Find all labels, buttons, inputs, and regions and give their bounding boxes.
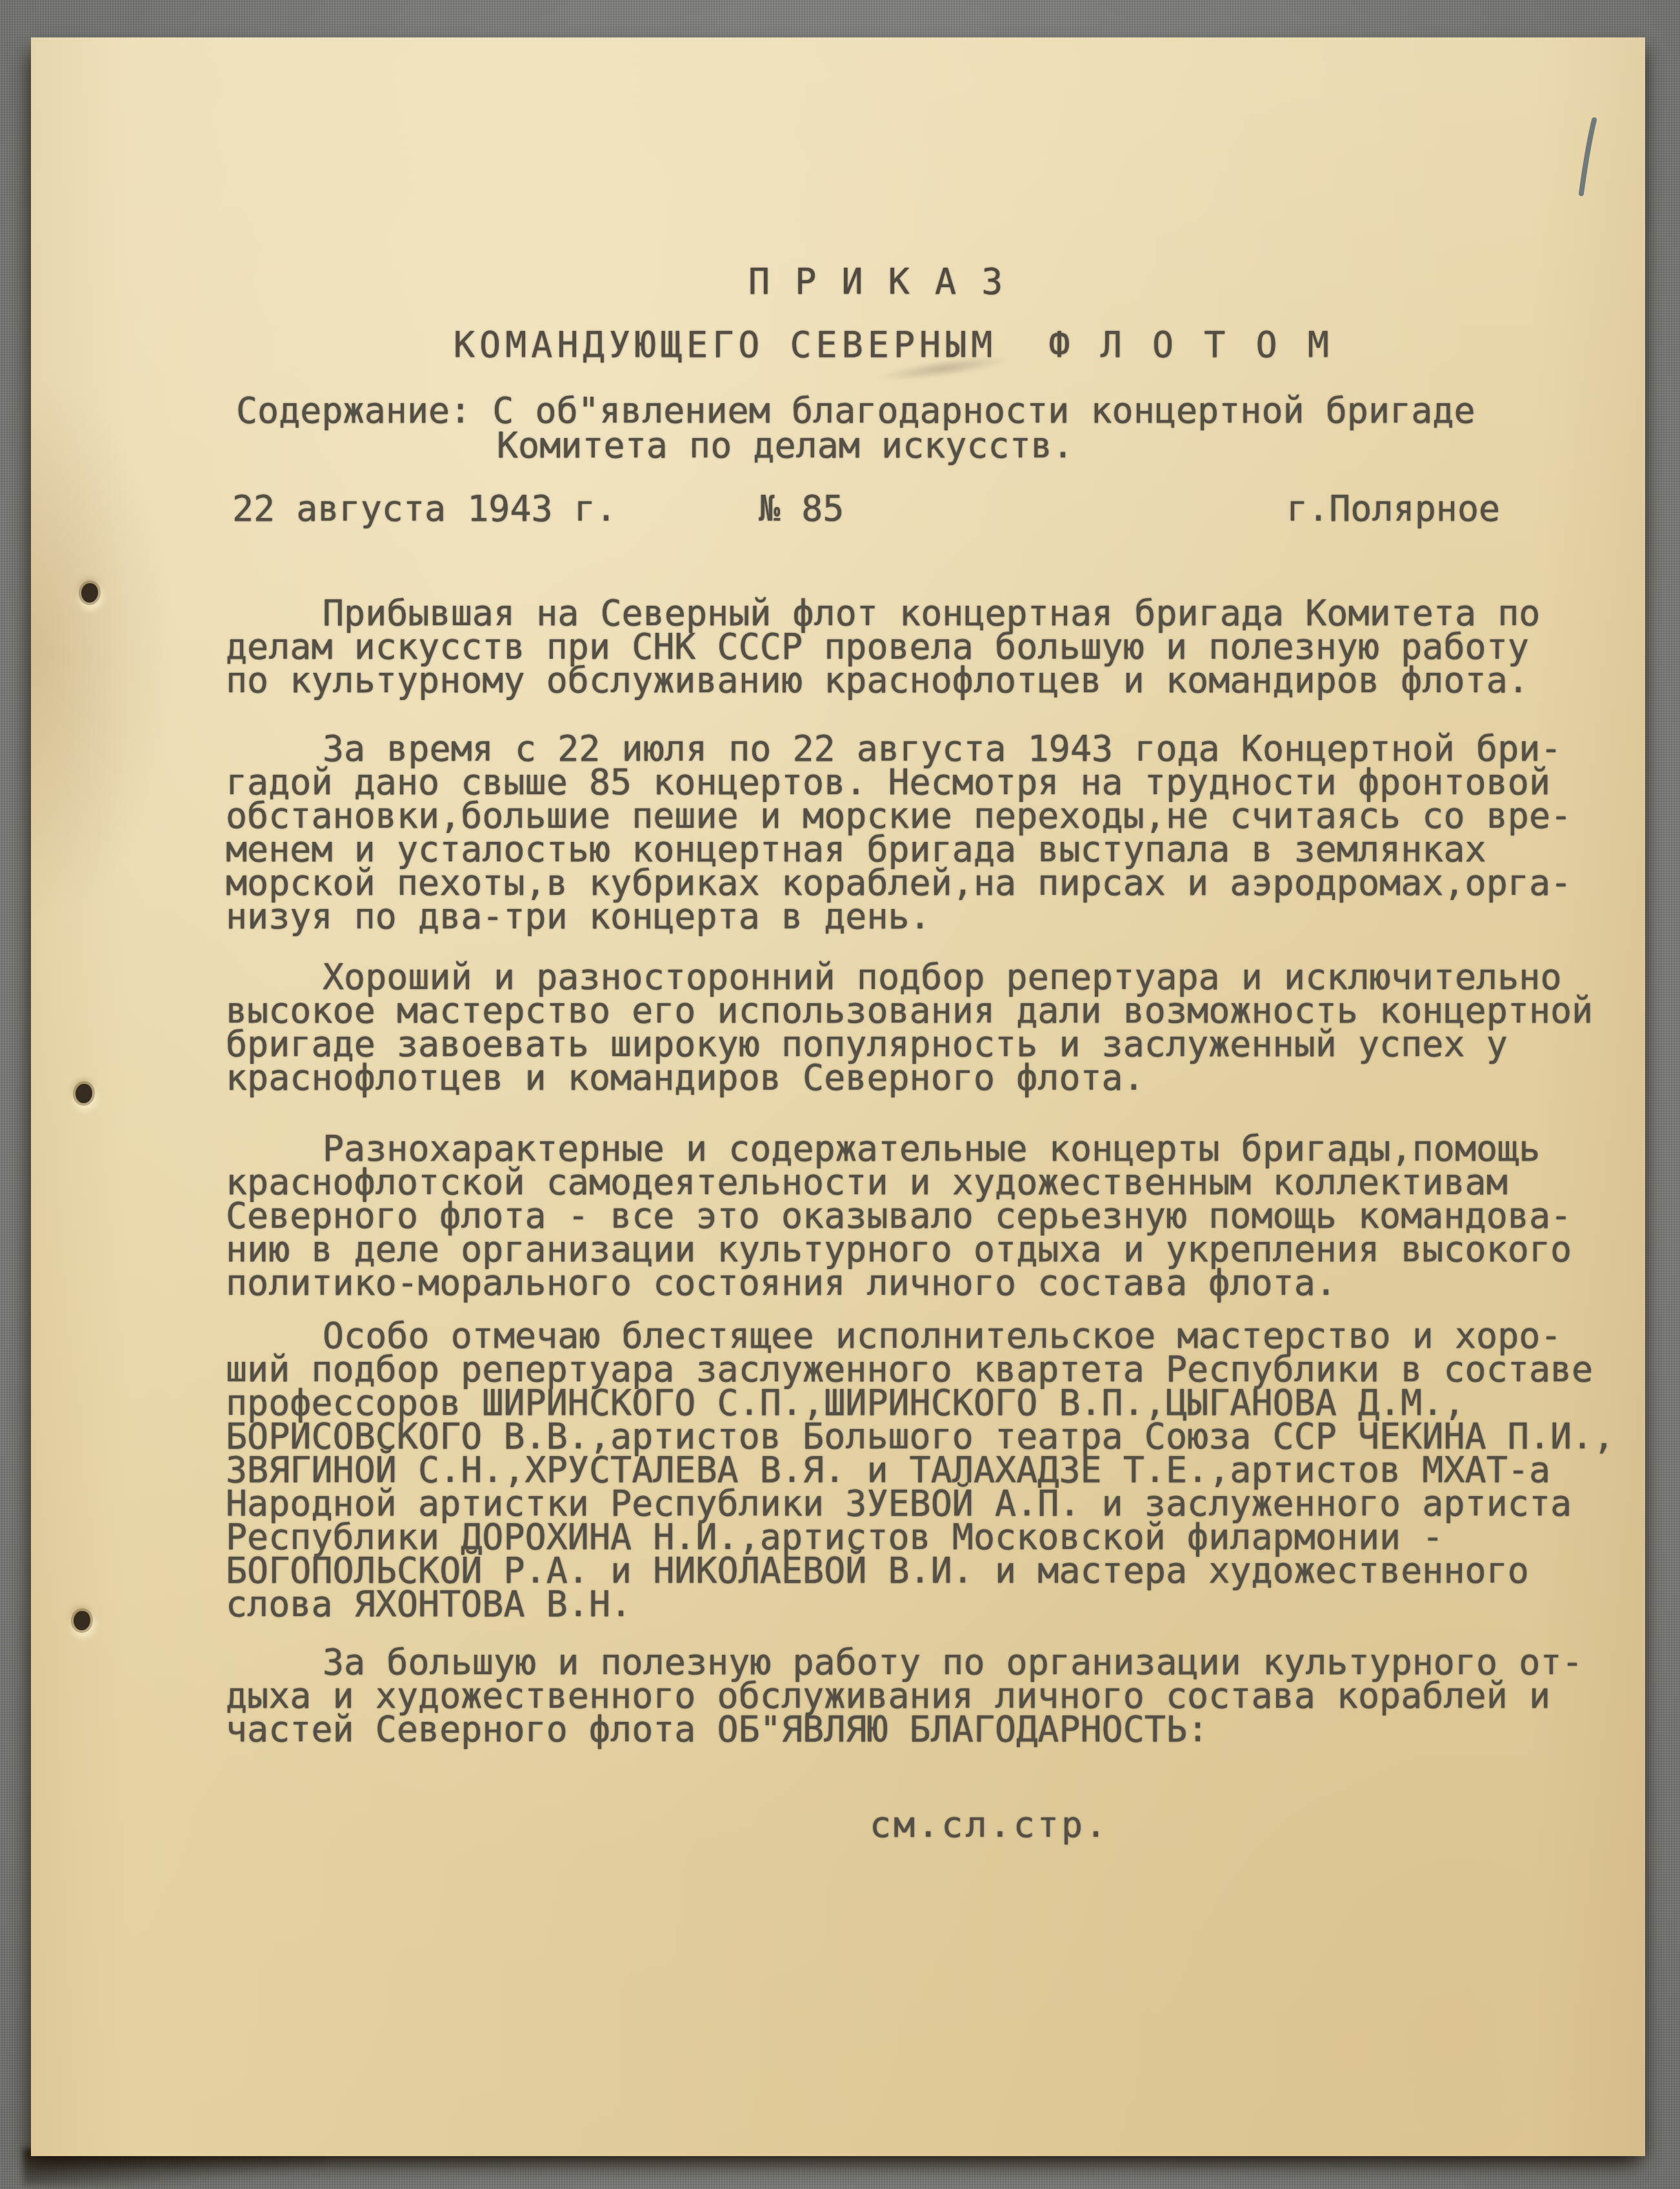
paragraph-3: Хороший и разносторонний подбор репертуа… — [226, 960, 1593, 1094]
punch-hole — [75, 1084, 92, 1103]
see-next-page-note: см.сл.стр. — [870, 1808, 1109, 1841]
text-line: ЗВЯГИНОЙ С.Н.,ХРУСТАЛЕВА В.Я. и ТАЛАХАДЗ… — [226, 1453, 1614, 1486]
text-line: бригаде завоевать широкую популярность и… — [226, 1027, 1593, 1061]
text-line: морской пехоты,в кубриках кораблей,на пи… — [226, 866, 1572, 899]
scanned-document-photo: 1 П Р И К А З КОМАНДУЮЩЕГО СЕВЕРНЫМ Ф Л … — [0, 0, 1680, 2189]
text-line: делам искусств при СНК СССР провела боль… — [226, 630, 1540, 663]
text-line: БОГОПОЛЬСКОЙ Р.А. и НИКОЛАЕВОЙ В.И. и ма… — [226, 1554, 1614, 1587]
paragraph-5: Особо отмечаю блестящее исполнительское … — [226, 1319, 1614, 1621]
page-number-annotation: 1 — [1570, 115, 1608, 205]
doc-title: П Р И К А З — [748, 265, 1005, 298]
text-line: слова ЯХОНТОВА В.Н. — [226, 1587, 1614, 1621]
paragraph-6: За большую и полезную работу по организа… — [226, 1645, 1583, 1746]
text-line: ший подбор репертуара заслуженного кварт… — [226, 1352, 1614, 1386]
doc-number: № 85 — [759, 492, 844, 525]
subject-line-1: Содержание: С об"явлением благодарности … — [236, 394, 1475, 427]
doc-date: 22 августа 1943 г. — [232, 492, 617, 525]
text-line: Прибывшая на Северный флот концертная бр… — [226, 596, 1540, 630]
text-line: обстановки,большие пешие и морские перех… — [226, 799, 1572, 832]
paragraph-2: За время с 22 июля по 22 августа 1943 го… — [226, 732, 1572, 933]
text-line: низуя по два-три концерта в день. — [226, 899, 1572, 933]
text-line: менем и усталостью концертная бригада вы… — [226, 832, 1572, 866]
doc-subtitle: КОМАНДУЮЩЕГО СЕВЕРНЫМ Ф Л О Т О М — [454, 328, 1334, 361]
paragraph-1: Прибывшая на Северный флот концертная бр… — [226, 596, 1540, 697]
subject-line-2: Комитета по делам искусств. — [497, 428, 1074, 462]
text-line: Республики ДОРОХИНА Н.И.,артистов Москов… — [226, 1520, 1614, 1554]
text-line: нию в деле организации культурного отдых… — [226, 1232, 1572, 1266]
text-line: профессоров ШИРИНСКОГО С.П.,ШИРИНСКОГО В… — [226, 1386, 1614, 1419]
text-line: За большую и полезную работу по организа… — [226, 1645, 1583, 1679]
document-paper: 1 П Р И К А З КОМАНДУЮЩЕГО СЕВЕРНЫМ Ф Л … — [31, 37, 1645, 2156]
paragraph-4: Разнохарактерные и содержательные концер… — [226, 1132, 1572, 1299]
text-line: Северного флота - все это оказывало серь… — [226, 1199, 1572, 1232]
text-line: Народной артистки Республики ЗУЕВОЙ А.П.… — [226, 1486, 1614, 1520]
text-line: краснофлотской самодеятельности и художе… — [226, 1165, 1572, 1199]
punch-hole — [81, 583, 98, 603]
text-line: БОРИСОВСКОГО В.В.,артистов Большого теат… — [226, 1419, 1614, 1453]
text-line: За время с 22 июля по 22 августа 1943 го… — [226, 732, 1572, 765]
text-line: частей Северного флота ОБ"ЯВЛЯЮ БЛАГОДАР… — [226, 1712, 1583, 1746]
text-line: Разнохарактерные и содержательные концер… — [226, 1132, 1572, 1165]
text-line: Хороший и разносторонний подбор репертуа… — [226, 960, 1593, 994]
text-line: Особо отмечаю блестящее исполнительское … — [226, 1319, 1614, 1352]
punch-hole — [74, 1611, 90, 1630]
text-line: дыха и художественного обслуживания личн… — [226, 1679, 1583, 1712]
doc-place: г.Полярное — [1286, 492, 1500, 525]
text-line: краснофлотцев и командиров Северного фло… — [226, 1061, 1593, 1094]
text-line: гадой дано свыше 85 концертов. Несмотря … — [226, 765, 1572, 799]
text-line: высокое мастерство его использования дал… — [226, 994, 1593, 1027]
text-line: политико-морального состояния личного со… — [226, 1266, 1572, 1299]
text-line: по культурному обслуживанию краснофлотце… — [226, 663, 1540, 697]
